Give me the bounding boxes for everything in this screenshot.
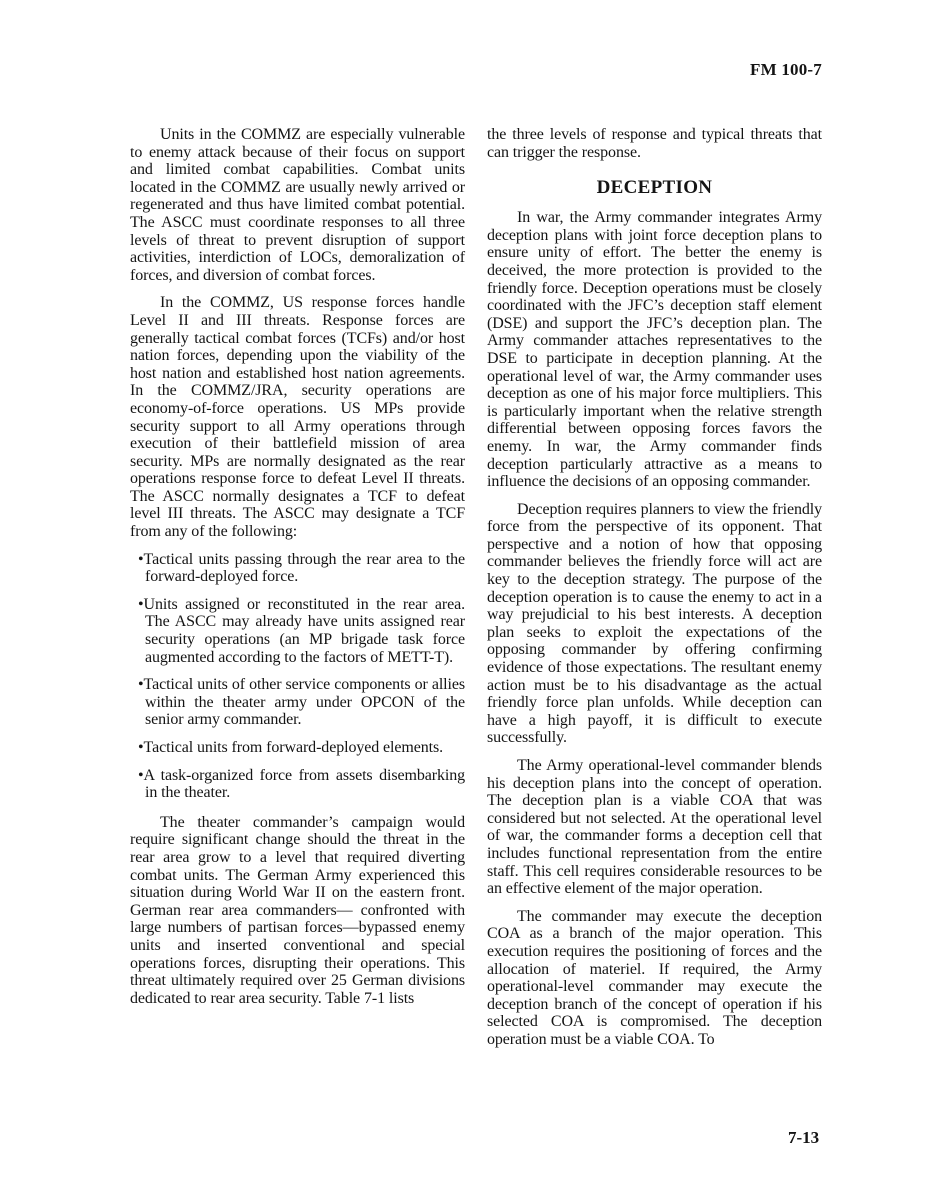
- manual-number: FM 100-7: [750, 60, 822, 79]
- list-item: •Tactical units passing through the rear…: [130, 551, 465, 586]
- paragraph-deception-planning: Deception requires planners to view the …: [487, 501, 822, 747]
- paragraph-deception-integration: In war, the Army commander integrates Ar…: [487, 209, 822, 491]
- paragraph-commz-vulnerability: Units in the COMMZ are especially vulner…: [130, 126, 465, 284]
- list-item-text: Units assigned or reconstituted in the r…: [144, 596, 465, 666]
- list-item-text: Tactical units passing through the rear …: [144, 551, 465, 586]
- paragraph-deception-coa: The Army operational-level commander ble…: [487, 757, 822, 898]
- section-heading: DECEPTION: [487, 177, 822, 199]
- two-column-body: Units in the COMMZ are especially vulner…: [130, 126, 822, 1059]
- right-column: the three levels of response and typical…: [487, 126, 822, 1059]
- list-item: •A task-organized force from assets dise…: [130, 767, 465, 802]
- document-page: FM 100-7 Units in the COMMZ are especial…: [0, 0, 930, 1201]
- left-column: Units in the COMMZ are especially vulner…: [130, 126, 465, 1059]
- paragraph-response-forces: In the COMMZ, US response forces handle …: [130, 294, 465, 540]
- paragraph-deception-execution: The commander may execute the deception …: [487, 908, 822, 1049]
- paragraph-german-army-example: The theater commander’s campaign would r…: [130, 814, 465, 1008]
- tcf-bullet-list: •Tactical units passing through the rear…: [130, 551, 465, 802]
- page-number: 7-13: [788, 1128, 819, 1148]
- paragraph-continuation: the three levels of response and typical…: [487, 126, 822, 161]
- list-item-text: Tactical units of other service componen…: [144, 676, 465, 728]
- list-item: •Tactical units of other service compone…: [130, 676, 465, 729]
- list-item: •Units assigned or reconstituted in the …: [130, 596, 465, 666]
- list-item-text: Tactical units from forward-deployed ele…: [144, 739, 444, 756]
- document-header: FM 100-7: [750, 60, 822, 80]
- list-item: •Tactical units from forward-deployed el…: [130, 739, 465, 757]
- list-item-text: A task-organized force from assets disem…: [144, 767, 465, 802]
